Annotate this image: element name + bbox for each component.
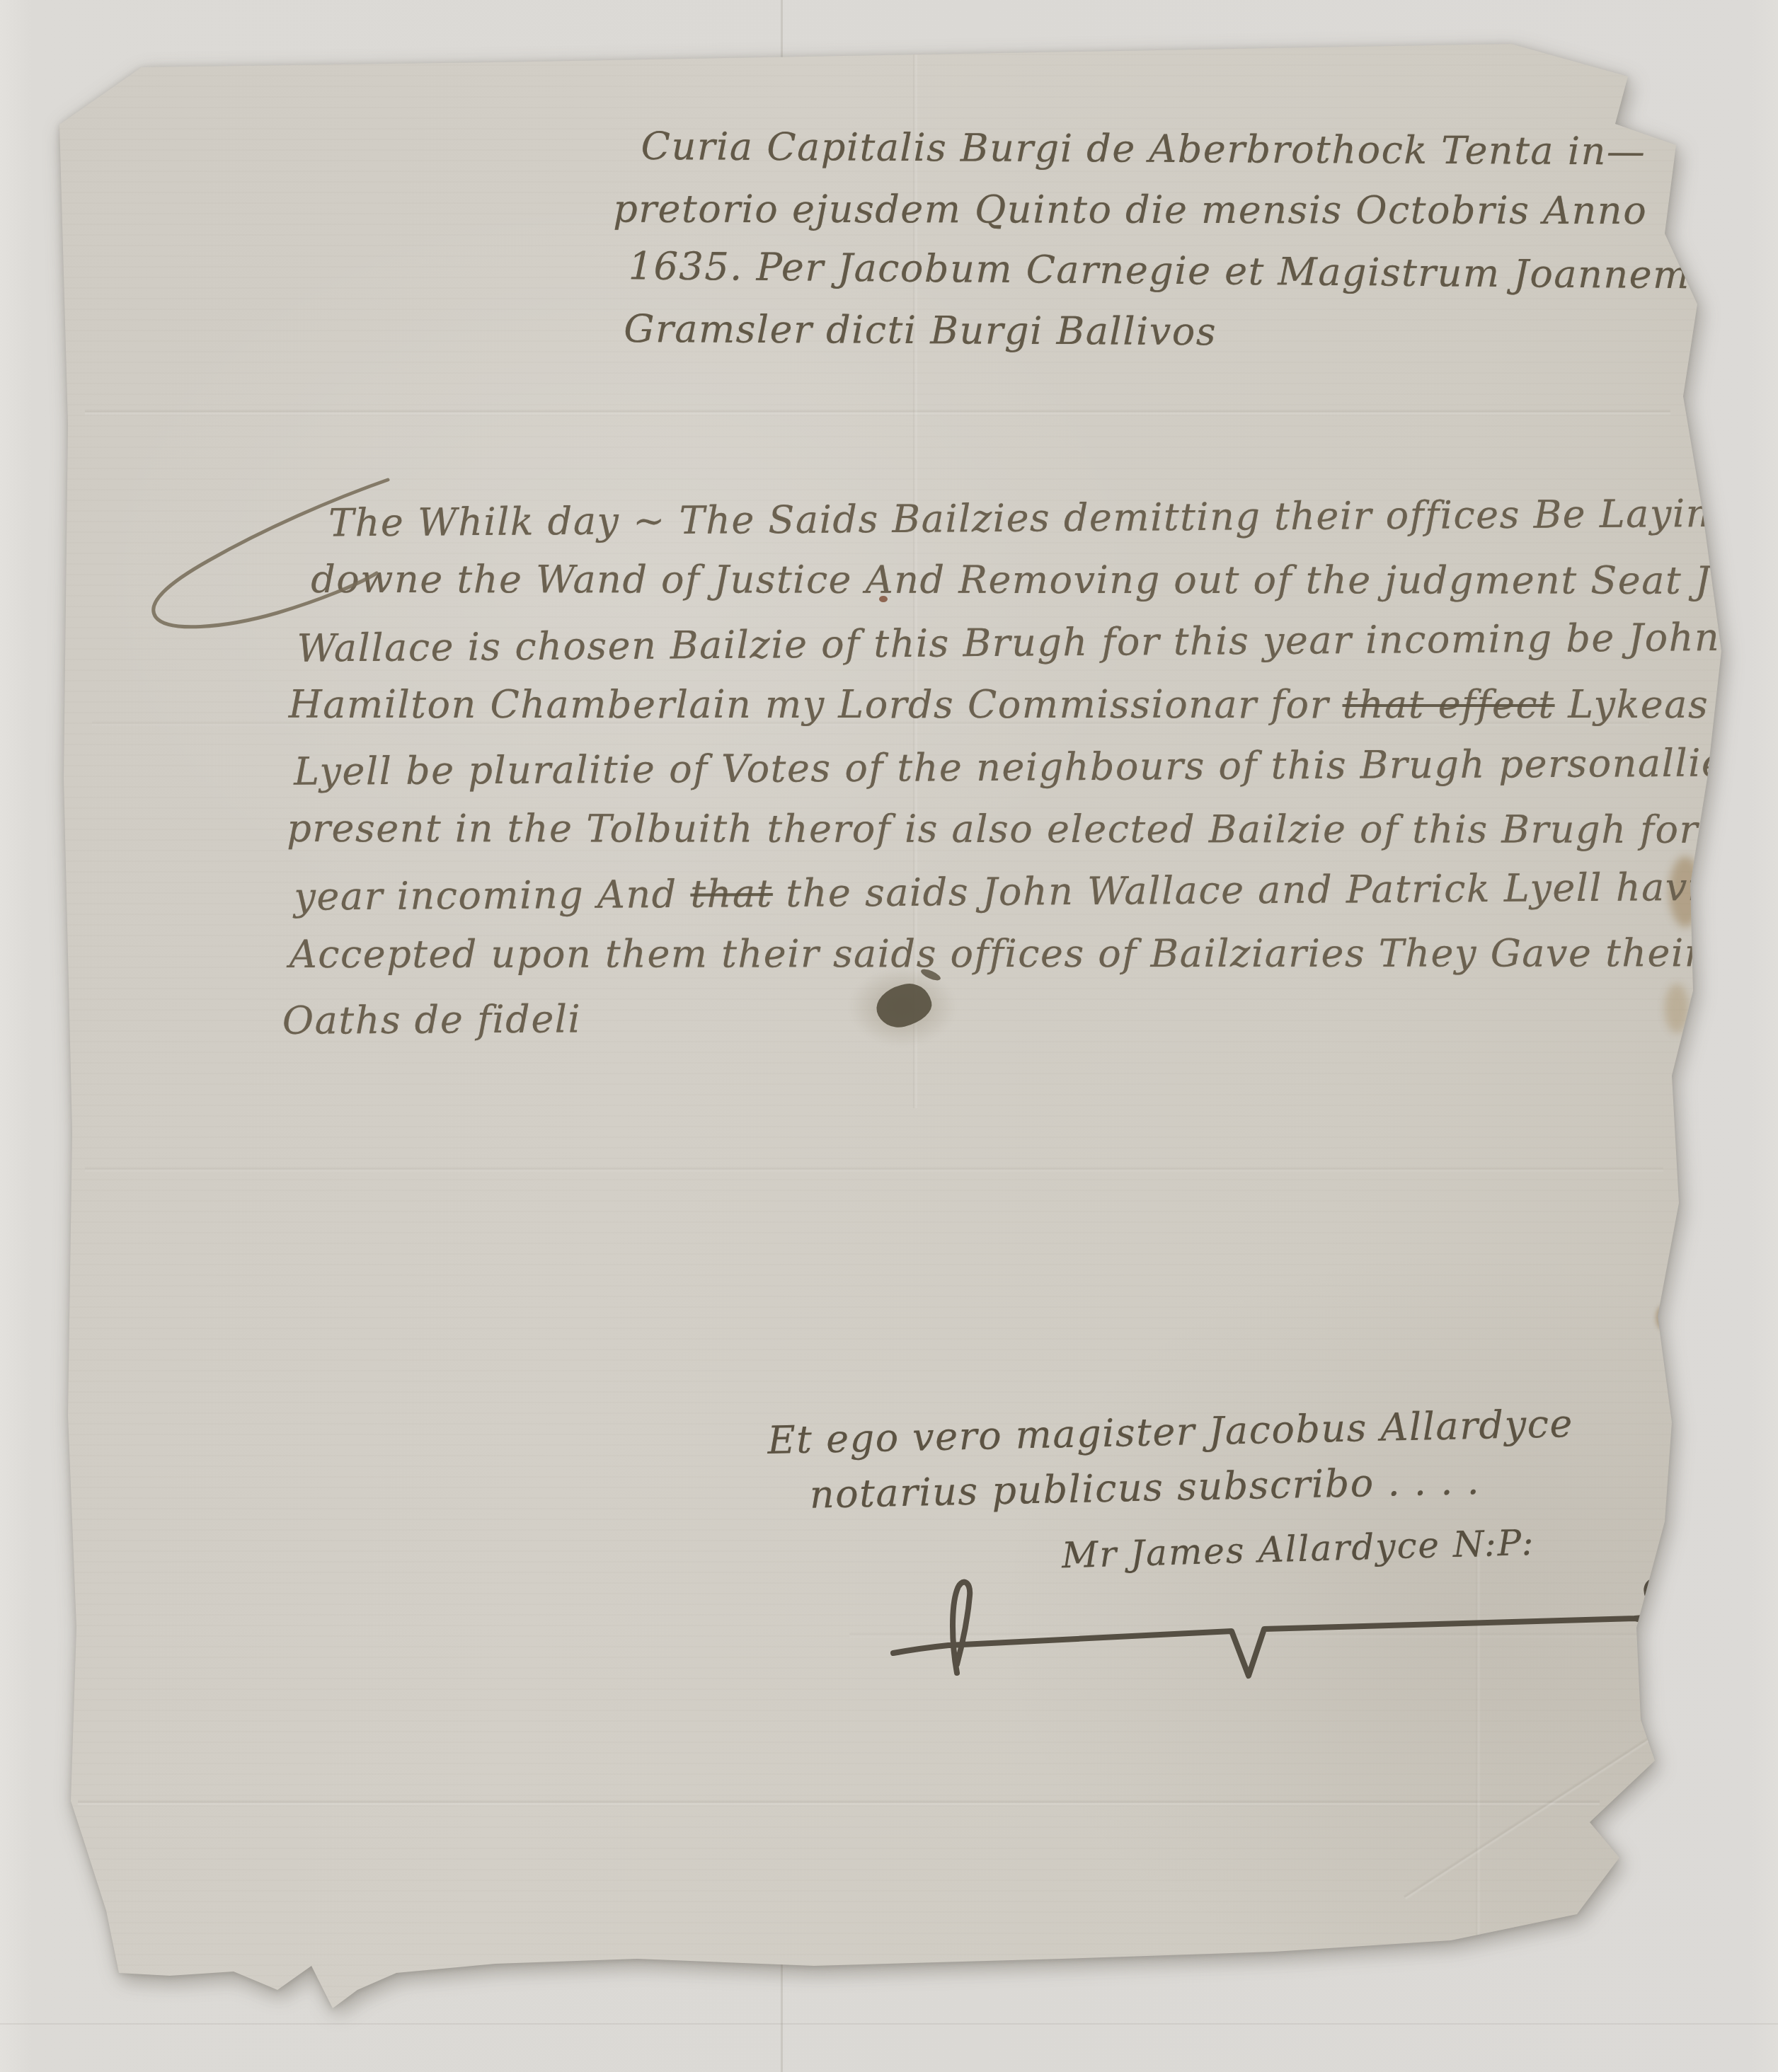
rust-speck [879,596,888,602]
manuscript-line: year incoming And that the saids John Wa… [294,855,1778,928]
edge-stain [1656,1306,1670,1330]
manuscript-line: The Whilk day ~ The Saids Bailzies demit… [328,481,1778,554]
manuscript-line: Wallace is chosen Bailzie of this Brugh … [297,605,1778,679]
manuscript-line: Curia Capitalis Burgi de Aberbrothock Te… [641,116,1730,183]
fold-crease [1476,1557,1481,1942]
latin-header: Curia Capitalis Burgi de Aberbrothock Te… [622,116,1730,365]
fold-crease [92,720,1649,727]
manuscript-line: pretorio ejusdem Quinto die mensis Octob… [613,179,1730,242]
manuscript-line: Accepted upon them their saids offices o… [289,922,1778,986]
signature-flourish-rule [893,1581,1666,1676]
manuscript-paper: Curia Capitalis Burgi de Aberbrothock Te… [0,0,1778,2072]
center-crease [913,47,918,1108]
manuscript-line: Lyell be pluralitie of Votes of the neig… [294,731,1778,803]
minute-body-text: The Whilk day ~ The Saids Bailzies demit… [297,485,1778,1049]
pen-flourish-overlay [0,0,1778,2072]
opening-flourish [154,480,388,627]
manuscript-line: notarius publicus subscribo . . . . [809,1451,1575,1523]
notary-signature: Mr James Allardyce N:P: [1061,1522,1535,1577]
edge-stain [1669,856,1702,927]
fold-crease [78,1800,1600,1806]
manuscript-line: present in the Tolbuith therof is also e… [287,798,1778,861]
ink-blot [872,979,936,1032]
ink-blot-splash [919,967,942,982]
paper-shadow: Curia Capitalis Burgi de Aberbrothock Te… [0,0,1778,2072]
fold-crease [85,1166,1663,1173]
corner-fold-crease [1403,1729,1662,1901]
fold-crease [849,1632,1649,1638]
manuscript-line: Hamilton Chamberlain my Lords Commission… [289,674,1778,736]
notarial-docquet: Et ego vero magister Jacobus Allardyceno… [767,1396,1575,1524]
ink-blot-halo [849,968,956,1046]
manuscript-line: 1635. Per Jacobum Carnegie et Magistrum … [628,236,1729,306]
manuscript-line: Et ego vero magister Jacobus Allardyce [767,1396,1573,1468]
manuscript-line: downe the Wand of Justice And Removing o… [311,548,1778,612]
edge-stain [1665,984,1689,1033]
manuscript-line: Gramsler dicti Burgi Ballivos [624,299,1729,365]
fold-crease [85,409,1670,415]
manuscript-line: Oaths de fideli [282,980,1778,1052]
